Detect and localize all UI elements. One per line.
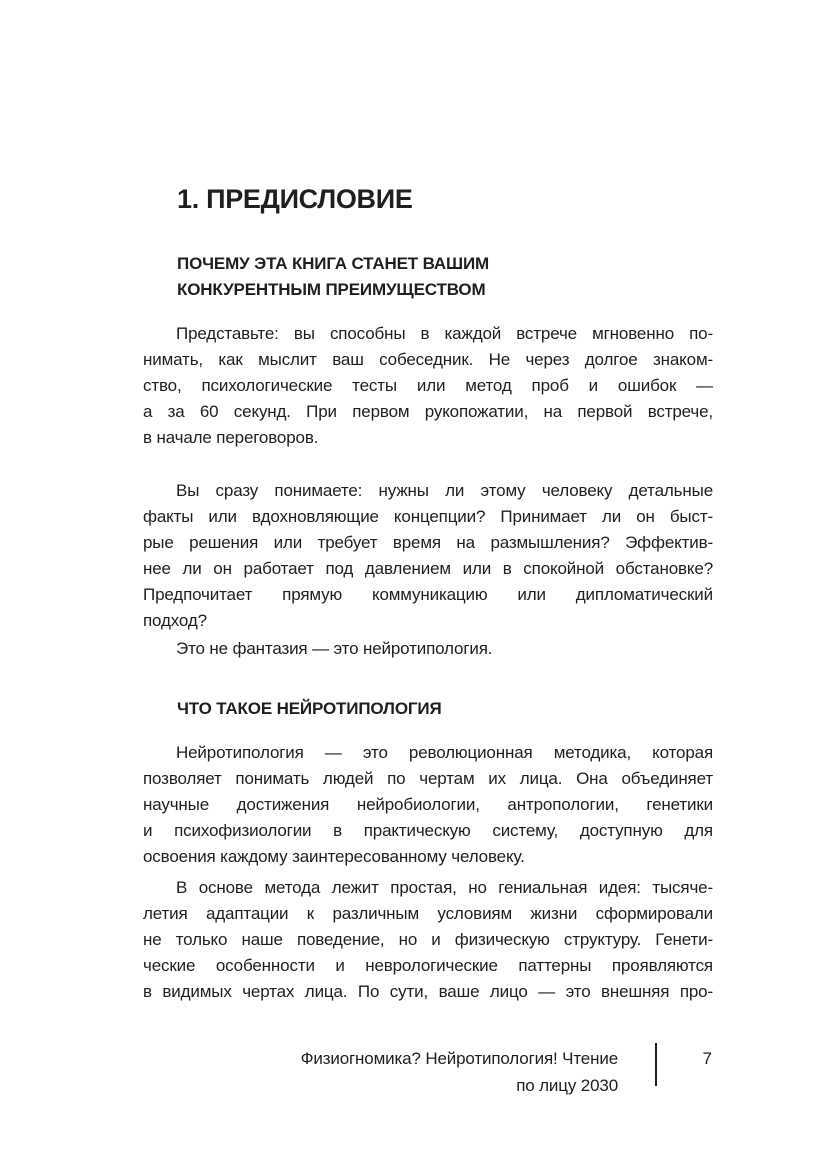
text-line: и психофизиологии в практическую систему… (143, 818, 713, 844)
text-line: ство, психологические тесты или метод пр… (143, 373, 713, 399)
section-heading: ЧТО ТАКОЕ НЕЙРОТИПОЛОГИЯ (143, 696, 713, 722)
book-page: 1. ПРЕДИСЛОВИЕ ПОЧЕМУ ЭТА КНИГА СТАНЕТ В… (0, 0, 822, 1162)
text-line: научные достижения нейробиологии, антроп… (143, 792, 713, 818)
paragraph: Вы сразу понимаете: нужны ли этому челов… (143, 478, 713, 634)
text-line: Предпочитает прямую коммуникацию или дип… (143, 582, 713, 608)
page-footer: Физиогномика? Нейротипология! Чтение по … (143, 1045, 713, 1099)
paragraph: В основе метода лежит простая, но гениал… (143, 875, 713, 1005)
page-number: 7 (657, 1045, 713, 1072)
text-line: факты или вдохновляющие концепции? Прини… (143, 504, 713, 530)
text-line: Вы сразу понимаете: нужны ли этому челов… (143, 478, 713, 504)
footer-title-line: по лицу 2030 (143, 1072, 618, 1099)
heading-line: ПОЧЕМУ ЭТА КНИГА СТАНЕТ ВАШИМ (177, 251, 713, 277)
paragraph: Представьте: вы способны в каждой встреч… (143, 321, 713, 451)
text-line: Представьте: вы способны в каждой встреч… (143, 321, 713, 347)
footer-title-line: Физиогномика? Нейротипология! Чтение (143, 1045, 618, 1072)
running-footer-book-title: Физиогномика? Нейротипология! Чтение по … (143, 1045, 618, 1099)
paragraph: Это не фантазия — это нейротипология. (143, 636, 713, 662)
page-body: ПОЧЕМУ ЭТА КНИГА СТАНЕТ ВАШИМКОНКУРЕНТНЫ… (143, 251, 713, 1005)
text-line: Нейротипология — это революционная метод… (143, 740, 713, 766)
text-line: а за 60 секунд. При первом рукопожатии, … (143, 399, 713, 425)
text-line: нимать, как мыслит ваш собеседник. Не че… (143, 347, 713, 373)
text-line: В основе метода лежит простая, но гениал… (143, 875, 713, 901)
text-line: рые решения или требует время на размышл… (143, 530, 713, 556)
text-line: освоения каждому заинтересованному челов… (143, 844, 713, 870)
chapter-title: 1. ПРЕДИСЛОВИЕ (177, 183, 413, 215)
text-line: в видимых чертах лица. По сути, ваше лиц… (143, 979, 713, 1005)
text-line: позволяет понимать людей по чертам их ли… (143, 766, 713, 792)
heading-line: ЧТО ТАКОЕ НЕЙРОТИПОЛОГИЯ (177, 696, 713, 722)
text-line: подход? (143, 608, 713, 634)
section-heading: ПОЧЕМУ ЭТА КНИГА СТАНЕТ ВАШИМКОНКУРЕНТНЫ… (143, 251, 713, 303)
text-line: ческие особенности и неврологические пат… (143, 953, 713, 979)
text-line: в начале переговоров. (143, 425, 713, 451)
text-line: летия адаптации к различным условиям жиз… (143, 901, 713, 927)
heading-line: КОНКУРЕНТНЫМ ПРЕИМУЩЕСТВОМ (177, 277, 713, 303)
text-line: Это не фантазия — это нейротипология. (143, 636, 713, 662)
text-line: не только наше поведение, но и физическу… (143, 927, 713, 953)
text-line: нее ли он работает под давлением или в с… (143, 556, 713, 582)
paragraph: Нейротипология — это революционная метод… (143, 740, 713, 870)
